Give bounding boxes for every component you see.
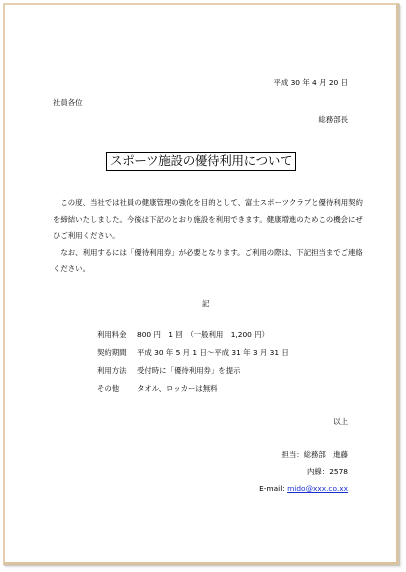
closing: 以上 — [333, 417, 348, 426]
list-item-fee: 利用料金800 円 1 回 （一般利用 1,200 円） — [97, 330, 269, 339]
contact-person: 担当：総務部 進藤 — [281, 450, 348, 459]
ki-heading: 記 — [202, 299, 209, 308]
list-item-other: その他タオル、ロッカーは無料 — [97, 384, 218, 393]
item-label: 利用方法 — [97, 366, 137, 375]
contact-extension: 内線：2578 — [307, 467, 348, 476]
item-value: 平成 30 年 5 月 1 日～平成 31 年 3 月 31 日 — [137, 348, 289, 357]
item-value: 800 円 1 回 （一般利用 1,200 円） — [137, 330, 269, 339]
body-paragraph: この度、当社では社員の健康管理の強化を目的として、富士スポーツクラブと優待利用契… — [53, 195, 365, 245]
sender: 総務部長 — [318, 115, 348, 124]
item-label: 利用料金 — [97, 330, 137, 339]
list-item-method: 利用方法受付時に「優待利用券」を提示 — [97, 366, 240, 375]
item-value: 受付時に「優待利用券」を提示 — [137, 366, 240, 375]
body-paragraph: なお、利用するには「優待利用券」が必要となります。ご利用の際は、下記担当までご連… — [53, 245, 365, 278]
document-date: 平成 30 年 4 月 20 日 — [273, 78, 348, 87]
email-label: E-mail: — [259, 484, 287, 493]
item-label: その他 — [97, 384, 137, 393]
item-value: タオル、ロッカーは無料 — [137, 384, 218, 393]
document-title: スポーツ施設の優待利用について — [106, 152, 296, 171]
addressee: 社員各位 — [53, 98, 83, 107]
email-link[interactable]: mido@xxx.co.xx — [287, 484, 348, 493]
list-item-period: 契約期間平成 30 年 5 月 1 日～平成 31 年 3 月 31 日 — [97, 348, 289, 357]
item-label: 契約期間 — [97, 348, 137, 357]
contact-email: E-mail: mido@xxx.co.xx — [259, 484, 348, 493]
body-text: この度、当社では社員の健康管理の強化を目的として、富士スポーツクラブと優待利用契… — [53, 195, 365, 278]
document-page: 平成 30 年 4 月 20 日 社員各位 総務部長 スポーツ施設の優待利用につ… — [3, 3, 399, 565]
